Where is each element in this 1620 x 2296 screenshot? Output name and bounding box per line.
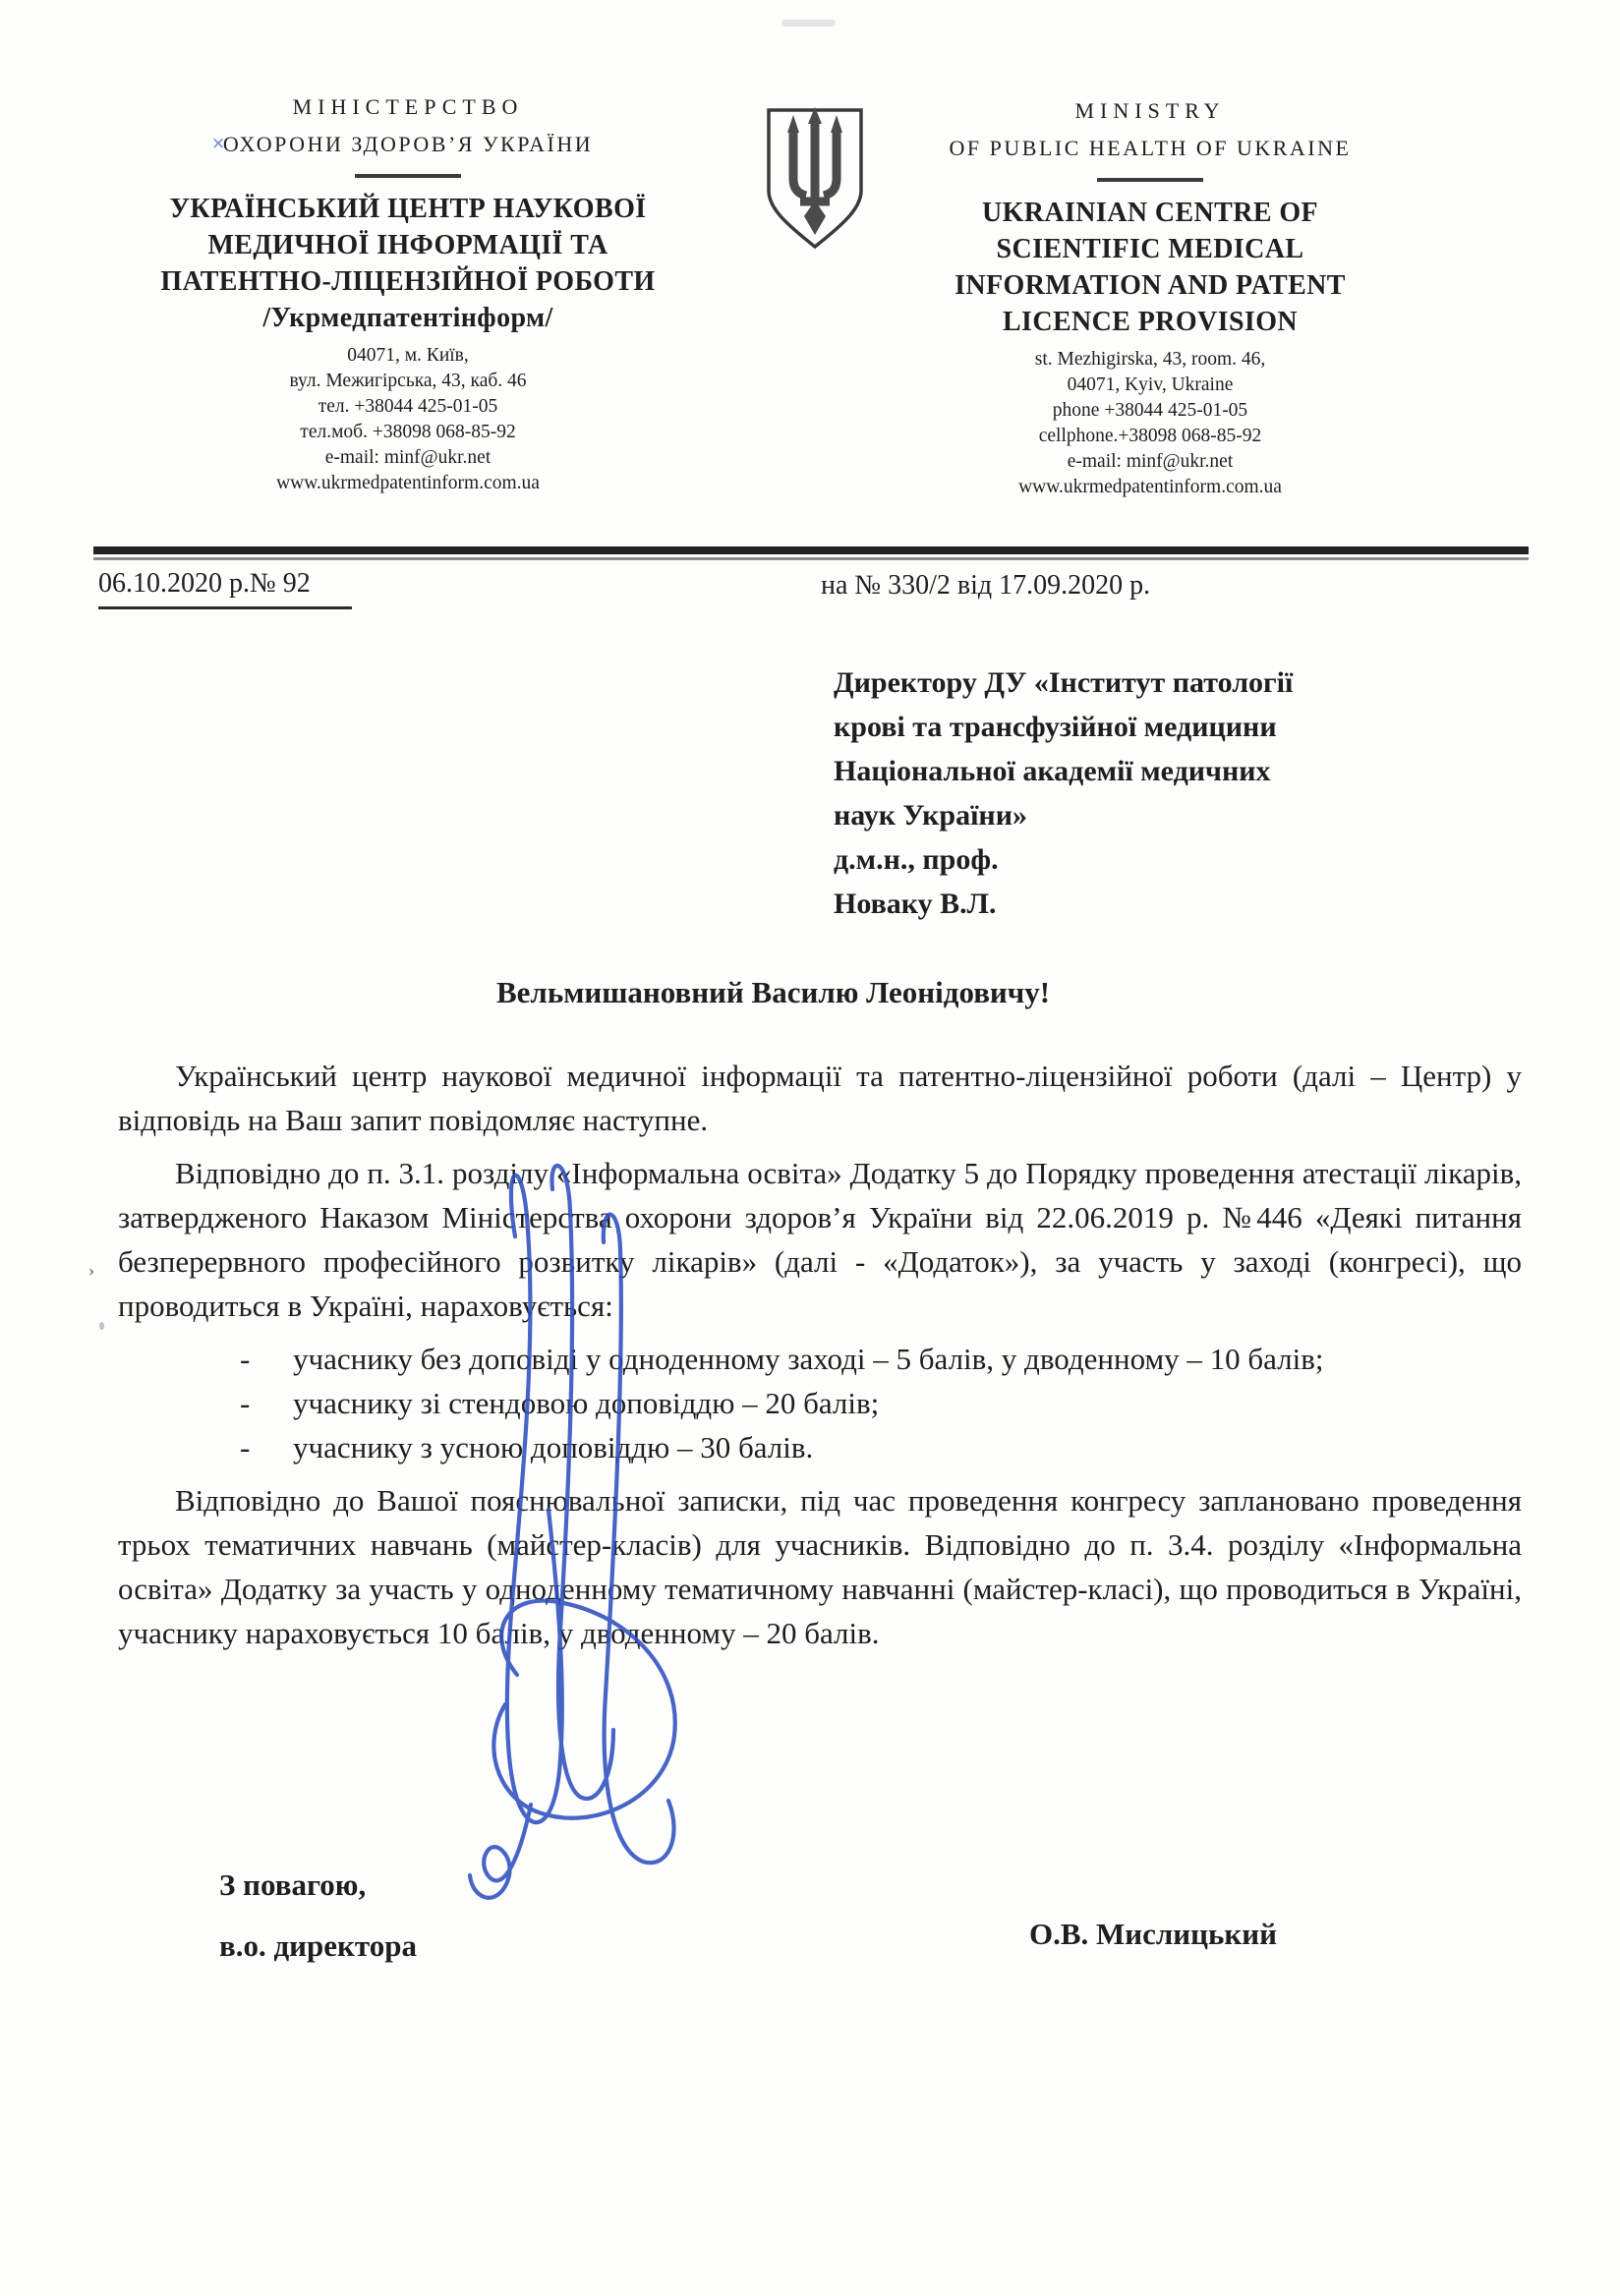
addressee-line: крові та трансфузійної медицини (834, 705, 1293, 749)
salutation: Вельмишановний Василю Леонідовичу! (496, 975, 1050, 1010)
address-uk-line: вул. Межигірська, 43, каб. 46 (157, 369, 659, 394)
addressee-line: д.м.н., проф. (834, 837, 1293, 882)
list-item: - учаснику зі стендовою доповіддю – 20 б… (118, 1381, 1522, 1425)
addressee-line: наук України» (834, 793, 1293, 837)
list-item-marker: - (240, 1337, 250, 1381)
outgoing-reference: 06.10.2020 р.№ 92 (98, 568, 352, 609)
org-name-uk-line1: УКРАЇНСЬКИЙ ЦЕНТР НАУКОВОЇ (157, 191, 659, 227)
ministry-name-uk-line1: МІНІСТЕРСТВО (157, 94, 659, 120)
list-item-marker: - (240, 1381, 250, 1425)
ministry-name-uk-line2: ОХОРОНИ ЗДОРОВ’Я УКРАЇНИ (157, 132, 659, 157)
addressee-line: Новаку В.Л. (834, 882, 1293, 926)
org-address-en: st. Mezhigirska, 43, room. 46, 04071, Ky… (899, 347, 1401, 500)
paragraph-masterclass: Відповідно до Вашої пояснювальної записк… (118, 1478, 1522, 1655)
ukraine-trident-emblem (757, 102, 873, 255)
address-en-line: phone +38044 425-01-05 (899, 398, 1401, 424)
org-short-name-uk: /Укрмедпатентінформ/ (157, 300, 659, 336)
paragraph-regulation: Відповідно до п. 3.1. розділу «Інформаль… (118, 1151, 1522, 1328)
scanned-letter-page: МІНІСТЕРСТВО ОХОРОНИ ЗДОРОВ’Я УКРАЇНИ УК… (0, 0, 1620, 2296)
header-divider-left (355, 174, 461, 178)
address-uk-line: e-mail: minf@ukr.net (157, 445, 659, 471)
header-left-column: МІНІСТЕРСТВО ОХОРОНИ ЗДОРОВ’Я УКРАЇНИ УК… (157, 94, 659, 496)
org-name-uk-line2: МЕДИЧНОЇ ІНФОРМАЦІЇ ТА (157, 227, 659, 263)
ministry-name-en-line2: OF PUBLIC HEALTH OF UKRAINE (899, 136, 1401, 161)
list-item: - учаснику з усною доповіддю – 30 балів. (118, 1425, 1522, 1469)
paragraph-intro: Український центр наукової медичної інфо… (118, 1054, 1522, 1142)
header-separator-rule (93, 546, 1529, 554)
address-en-line: www.ukrmedpatentinform.com.ua (899, 475, 1401, 500)
address-uk-line: тел. +38044 425-01-05 (157, 394, 659, 420)
letter-body: Український центр наукової медичної інфо… (118, 1054, 1522, 1655)
addressee-block: Директору ДУ «Інститут патології крові т… (834, 660, 1293, 926)
org-name-en-line1: UKRAINIAN CENTRE OF (899, 195, 1401, 231)
address-en-line: cellphone.+38098 068-85-92 (899, 424, 1401, 449)
signer-name: О.В. Мислицький (1029, 1917, 1277, 1952)
org-name-en-line4: LICENCE PROVISION (899, 304, 1401, 340)
header-right-column: MINISTRY OF PUBLIC HEALTH OF UKRAINE UKR… (899, 98, 1401, 500)
points-list: - учаснику без доповіді у одноденному за… (118, 1337, 1522, 1469)
address-uk-line: тел.моб. +38098 068-85-92 (157, 420, 659, 445)
list-item-marker: - (240, 1425, 250, 1469)
scan-speck: › (88, 1260, 95, 1273)
address-uk-line: www.ukrmedpatentinform.com.ua (157, 471, 659, 496)
list-item: - учаснику без доповіді у одноденному за… (118, 1337, 1522, 1381)
incoming-reference: на № 330/2 від 17.09.2020 р. (821, 570, 1150, 602)
scan-smudge (781, 20, 836, 27)
blue-ink-mark: × (211, 134, 225, 153)
closing-regards: З повагою, (219, 1867, 366, 1903)
scan-speck (99, 1322, 104, 1330)
header-divider-right (1097, 178, 1203, 182)
addressee-line: Директору ДУ «Інститут патології (834, 660, 1293, 705)
address-en-line: e-mail: minf@ukr.net (899, 449, 1401, 475)
org-name-en-line3: INFORMATION AND PATENT (899, 267, 1401, 304)
signature-scribble (421, 1146, 708, 1927)
ministry-name-en-line1: MINISTRY (899, 98, 1401, 124)
address-en-line: 04071, Kyiv, Ukraine (899, 373, 1401, 398)
org-address-uk: 04071, м. Київ, вул. Межигірська, 43, ка… (157, 343, 659, 496)
closing-position: в.о. директора (219, 1928, 417, 1964)
org-name-en-line2: SCIENTIFIC MEDICAL (899, 231, 1401, 267)
address-en-line: st. Mezhigirska, 43, room. 46, (899, 347, 1401, 373)
header-separator-rule-echo (93, 557, 1529, 560)
addressee-line: Національної академії медичних (834, 749, 1293, 793)
org-name-uk-line3: ПАТЕНТНО-ЛІЦЕНЗІЙНОЇ РОБОТИ (157, 263, 659, 300)
address-uk-line: 04071, м. Київ, (157, 343, 659, 369)
